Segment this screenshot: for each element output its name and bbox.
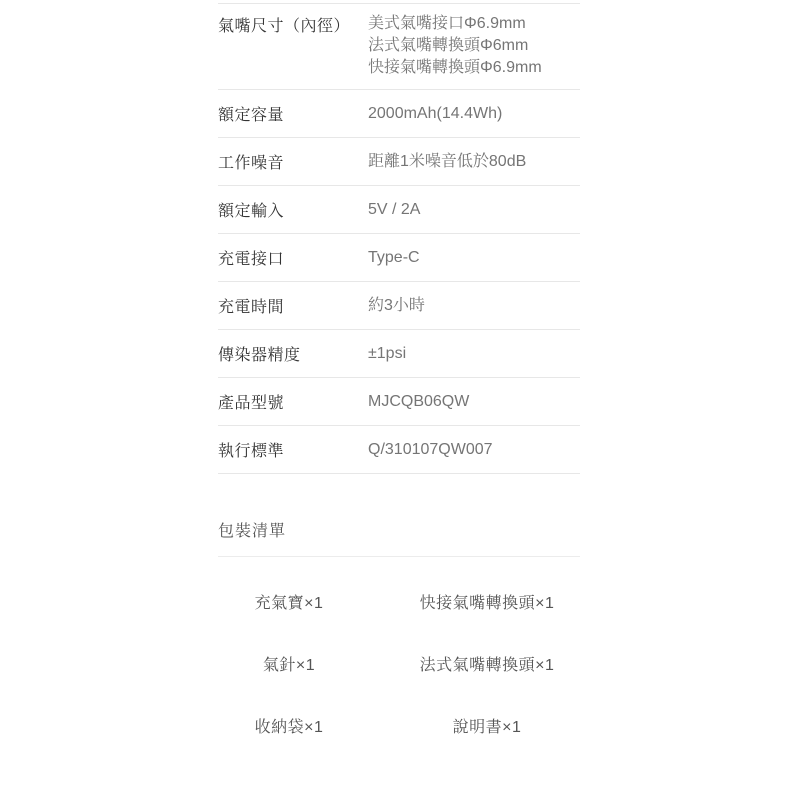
spec-value: Type-C [368, 247, 580, 269]
spec-label: 充電時間 [218, 294, 368, 317]
packing-item-needle: 氣針×1 [190, 655, 388, 677]
spec-value: Q/310107QW007 [368, 439, 580, 461]
spec-label: 工作噪音 [218, 150, 368, 173]
spec-label: 充電接口 [218, 246, 368, 269]
spec-value: 5V / 2A [368, 199, 580, 221]
spec-label: 傳染器精度 [218, 342, 368, 365]
spec-label: 產品型號 [218, 390, 368, 413]
packing-list-title: 包裝清單 [218, 518, 580, 541]
spec-value: 美式氣嘴接口Φ6.9mm 法式氣嘴轉換頭Φ6mm 快接氣嘴轉換頭Φ6.9mm [368, 13, 580, 79]
packing-list-header: 包裝清單 [218, 474, 580, 557]
spec-row-rated-capacity: 額定容量 2000mAh(14.4Wh) [218, 89, 580, 137]
spec-value-line: 美式氣嘴接口Φ6.9mm [368, 13, 580, 35]
packing-list-grid: 充氣寶×1 快接氣嘴轉換頭×1 氣針×1 法式氣嘴轉換頭×1 收納袋×1 說明書… [190, 557, 586, 739]
packing-item-manual: 說明書×1 [388, 717, 586, 739]
spec-value: ±1psi [368, 343, 580, 365]
packing-list-section: 包裝清單 充氣寶×1 快接氣嘴轉換頭×1 氣針×1 法式氣嘴轉換頭×1 收納袋×… [0, 474, 800, 739]
spec-row-product-model: 產品型號 MJCQB06QW [218, 377, 580, 425]
spec-value: MJCQB06QW [368, 391, 580, 413]
spec-row-charging-time: 充電時間 約3小時 [218, 281, 580, 329]
spec-value: 2000mAh(14.4Wh) [368, 103, 580, 125]
spec-label: 額定輸入 [218, 198, 368, 221]
spec-label: 氣嘴尺寸（內徑） [218, 13, 368, 36]
spec-row-charging-port: 充電接口 Type-C [218, 233, 580, 281]
spec-label: 執行標準 [218, 438, 368, 461]
spec-row-execution-standard: 執行標準 Q/310107QW007 [218, 425, 580, 473]
spec-table: 氣嘴尺寸（內徑） 美式氣嘴接口Φ6.9mm 法式氣嘴轉換頭Φ6mm 快接氣嘴轉換… [218, 3, 580, 474]
spec-value: 約3小時 [368, 295, 580, 317]
product-spec-page: 氣嘴尺寸（內徑） 美式氣嘴接口Φ6.9mm 法式氣嘴轉換頭Φ6mm 快接氣嘴轉換… [0, 0, 800, 800]
packing-item-presta-adapter: 法式氣嘴轉換頭×1 [388, 655, 586, 677]
spec-label: 額定容量 [218, 102, 368, 125]
packing-item-quick-adapter: 快接氣嘴轉換頭×1 [388, 593, 586, 615]
spec-row-working-noise: 工作噪音 距離1米噪音低於80dB [218, 137, 580, 185]
packing-item-pump: 充氣寶×1 [190, 593, 388, 615]
packing-item-storage-bag: 收納袋×1 [190, 717, 388, 739]
spec-value-line: 法式氣嘴轉換頭Φ6mm [368, 35, 580, 57]
spec-row-nozzle-size: 氣嘴尺寸（內徑） 美式氣嘴接口Φ6.9mm 法式氣嘴轉換頭Φ6mm 快接氣嘴轉換… [218, 3, 580, 89]
spec-row-rated-input: 額定輸入 5V / 2A [218, 185, 580, 233]
spec-value: 距離1米噪音低於80dB [368, 151, 580, 173]
spec-value-line: 快接氣嘴轉換頭Φ6.9mm [368, 57, 580, 79]
spec-row-sensor-accuracy: 傳染器精度 ±1psi [218, 329, 580, 377]
